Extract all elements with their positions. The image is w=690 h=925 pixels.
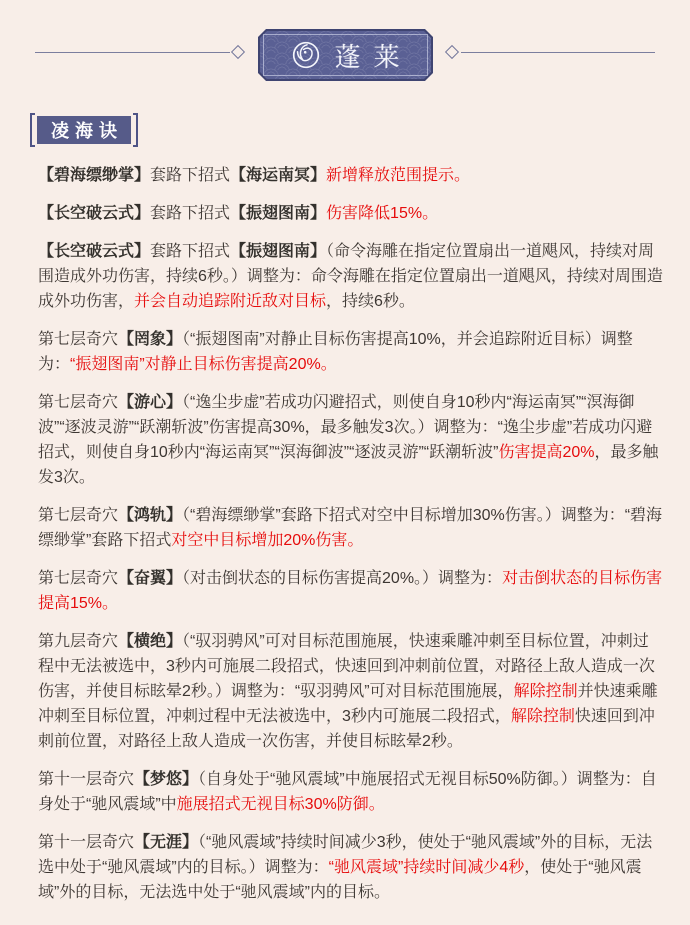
title-banner: 蓬莱 [258,29,433,81]
skill-school-name: 凌海诀 [37,116,131,144]
skill-name-text: 【游心】 [118,394,182,411]
skill-name-text: 【碧海缥缈掌】 [38,167,150,184]
patch-note-paragraph: 第九层奇穴【横绝】（“驭羽骋风”可对目标范围施展，快速乘雕冲刺至目标位置，冲刺过… [38,629,663,754]
patch-notes-content: 【碧海缥缈掌】套路下招式【海运南冥】新增释放范围提示。【长空破云式】套路下招式【… [0,150,690,918]
skill-school-label: 凌海诀 [30,113,138,147]
right-diamond-ornament-icon [445,45,459,59]
title-banner-inner: 蓬莱 [260,31,431,79]
patch-note-paragraph: 第七层奇穴【游心】（“逸尘步虚”若成功闪避招式，则使自身10秒内“海运南冥”“溟… [38,390,663,490]
skill-name-text: 【鸿轨】 [118,507,182,524]
patch-note-paragraph: 第十一层奇穴【无涯】（“驰风震域”持续时间减少3秒，使处于“驰风震域”外的目标，… [38,830,663,905]
note-text: 第九层奇穴 [38,633,118,650]
patch-note-paragraph: 第七层奇穴【奋翼】（对击倒状态的目标伤害提高20%。）调整为：对击倒状态的目标伤… [38,566,663,616]
label-right-bracket [133,113,138,147]
paragraph-list: 【碧海缥缈掌】套路下招式【海运南冥】新增释放范围提示。【长空破云式】套路下招式【… [38,163,663,905]
changed-text: 新增释放范围提示。 [326,167,470,184]
skill-name-text: 【振翅图南】 [230,205,326,222]
note-text: 第七层奇穴 [38,507,118,524]
note-text: 套路下招式 [150,167,230,184]
changed-text: “驰风震域”持续时间减少4秒 [329,859,525,876]
changed-text: 伤害提高20% [498,444,594,461]
changed-text: 解除控制 [514,683,578,700]
label-left-bracket [30,113,35,147]
patch-note-paragraph: 第七层奇穴【罔象】（“振翅图南”对静止目标伤害提高10%，并会追踪附近目标）调整… [38,327,663,377]
skill-name-text: 【横绝】 [118,633,182,650]
note-text: 套路下招式 [150,205,230,222]
note-text: 第十一层奇穴 [38,834,134,851]
note-text: 套路下招式 [150,243,230,260]
skill-name-text: 【无涯】 [134,834,198,851]
skill-name-text: 【罔象】 [118,331,182,348]
skill-name-text: 【长空破云式】 [38,243,150,260]
changed-text: 伤害降低15%。 [326,205,438,222]
changed-text: 对空中目标增加20%伤害。 [171,532,363,549]
changed-text: 解除控制 [511,708,575,725]
changed-text: 并会自动追踪附近敌对目标 [134,293,326,310]
note-text: 第七层奇穴 [38,570,118,587]
skill-name-text: 【奋翼】 [118,570,182,587]
seabird-emblem-icon [291,40,321,70]
note-text: 第十一层奇穴 [38,771,134,788]
note-text: 第七层奇穴 [38,394,118,411]
note-text: ，持续6秒。 [326,293,415,310]
changed-text: 施展招式无视目标30%防御。 [177,796,385,813]
patch-note-paragraph: 【长空破云式】套路下招式【振翅图南】（命令海雕在指定位置扇出一道飓风，持续对周围… [38,239,663,314]
patch-note-paragraph: 【碧海缥缈掌】套路下招式【海运南冥】新增释放范围提示。 [38,163,663,188]
skill-name-text: 【梦悠】 [134,771,198,788]
patch-note-paragraph: 第十一层奇穴【梦悠】（自身处于“驰风震域”中施展招式无视目标50%防御。）调整为… [38,767,663,817]
page-title: 蓬莱 [334,37,412,74]
changed-text: “振翅图南”对静止目标伤害提高20%。 [70,356,337,373]
patch-note-paragraph: 【长空破云式】套路下招式【振翅图南】伤害降低15%。 [38,201,663,226]
right-divider-line [461,52,655,53]
note-text: （对击倒状态的目标伤害提高20%。）调整为： [182,570,502,587]
skill-name-text: 【振翅图南】 [230,243,326,260]
note-text: 第七层奇穴 [38,331,118,348]
skill-name-text: 【长空破云式】 [38,205,150,222]
left-divider-line [35,52,230,53]
skill-name-text: 【海运南冥】 [230,167,326,184]
page-header: 蓬莱 [0,0,690,112]
patch-note-paragraph: 第七层奇穴【鸿轨】（“碧海缥缈掌”套路下招式对空中目标增加30%伤害。）调整为：… [38,503,663,553]
left-diamond-ornament-icon [231,45,245,59]
